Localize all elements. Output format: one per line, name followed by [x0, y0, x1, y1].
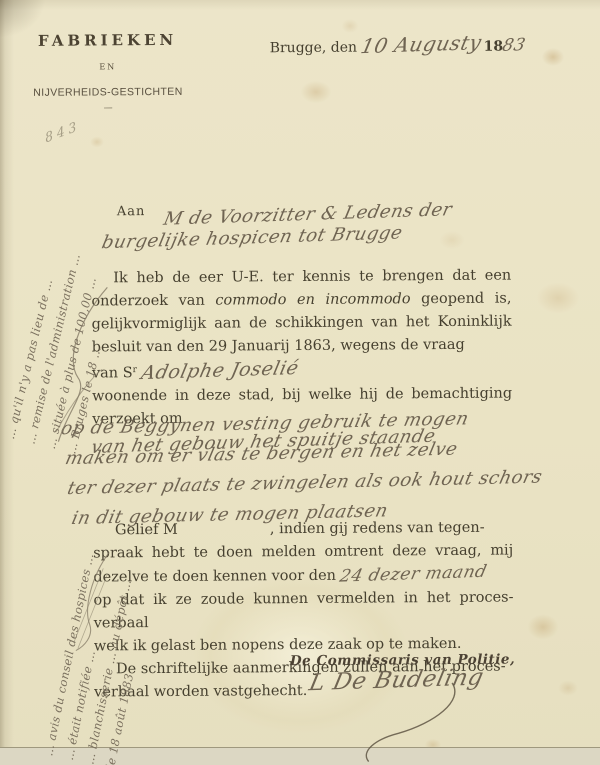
p1-line4: besluit van den 29 Januarij 1863, wegens… [92, 334, 512, 360]
p1-line2-latin: commodo en incommodo [215, 291, 410, 308]
p1-line5: van Sr Adolphe Joselié [92, 357, 512, 386]
letterhead-title: FABRIEKEN [22, 31, 194, 50]
signature-flourish [302, 671, 493, 765]
marginalia-flourish-upper [47, 281, 128, 452]
p1-line1: Ik heb de eer U-E. ter kennis te brengen… [91, 265, 511, 291]
deadline-handwritten: 24 dezer maand [338, 561, 490, 589]
address-block: Aan M de Voorzitter & Ledens der burgeli… [117, 201, 557, 249]
address-line2-handwritten: burgelijke hospicen tot Brugge [100, 222, 405, 253]
dateline-city: Brugge, den [270, 40, 357, 57]
p2-line1-rest: , indien gij redens van tegen- [270, 520, 485, 537]
dateline-day-month-handwritten: 10 Augusty [359, 30, 484, 58]
p1-line3: gelijkvormiglijk aan de schikkingen van … [92, 311, 512, 337]
applicant-name-handwritten: Adolphe Joselié [139, 357, 301, 385]
letter-sheet: FABRIEKEN EN NIJVERHEIDS-GESTICHTEN — 8 … [0, 0, 600, 765]
blank-name-gap [178, 533, 270, 534]
dateline-year-handwritten: 83 [501, 35, 528, 56]
scanned-letter-photo: FABRIEKEN EN NIJVERHEIDS-GESTICHTEN — 8 … [0, 0, 600, 765]
p1-line2: onderzoek van commodo en incommodo geope… [91, 288, 511, 314]
letterhead-en: EN [22, 62, 194, 72]
dateline: Brugge, den 10 Augusty1883 [270, 31, 570, 57]
marginalia-flourish-lower [63, 546, 124, 656]
p1-sup-r: r [133, 365, 137, 375]
p1-line2-c: geopend is, [410, 291, 511, 308]
